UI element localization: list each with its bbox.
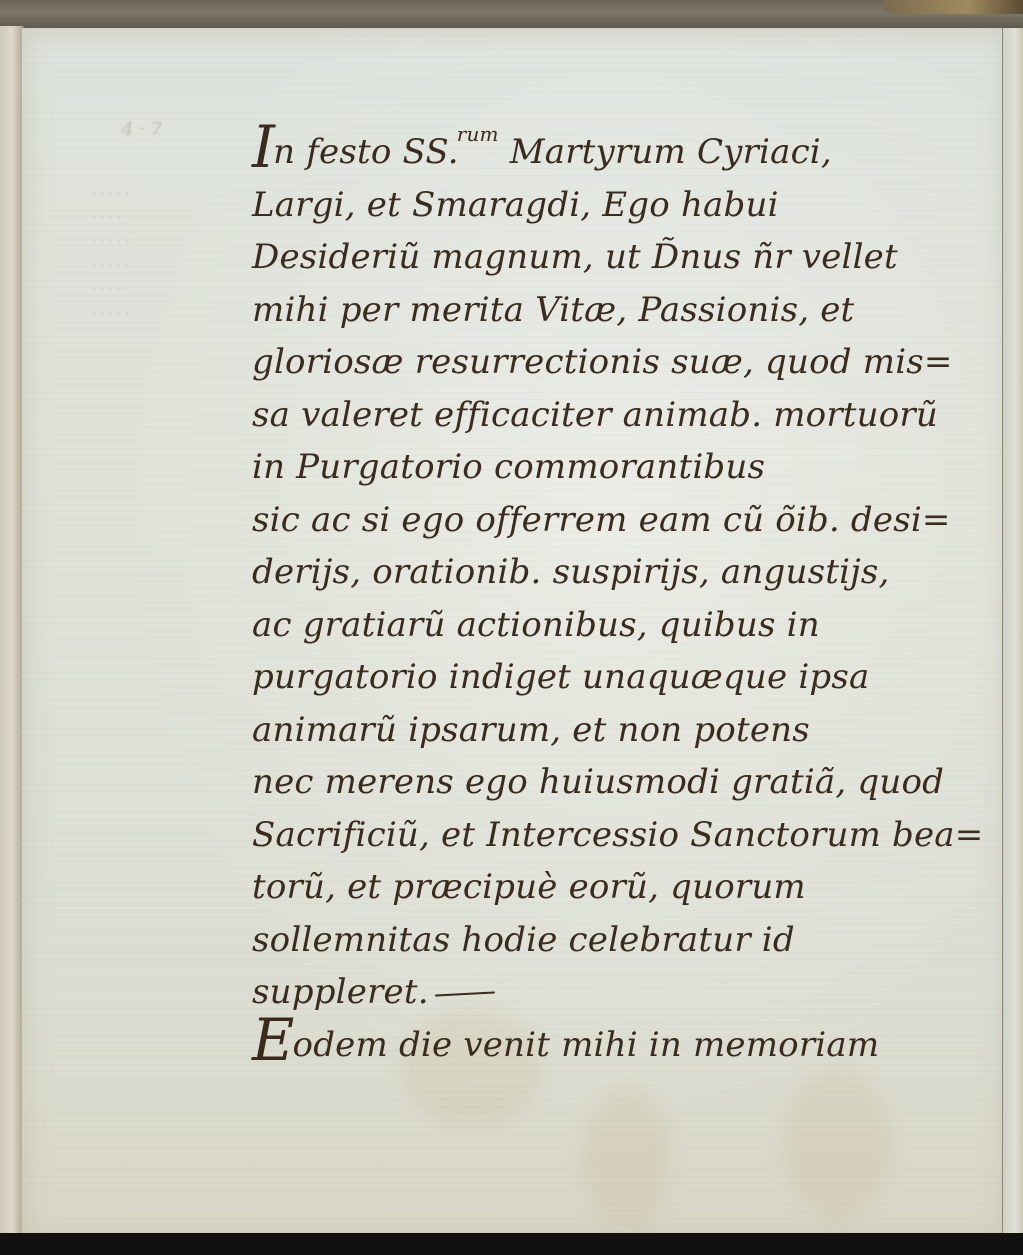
paper-stain xyxy=(582,1088,672,1228)
bottom-shadow xyxy=(0,1233,1023,1255)
line-text: Martyrum Cyriaci, xyxy=(499,132,832,172)
text-line-9: derijs, orationib. suspirijs, angustijs, xyxy=(252,546,912,599)
fore-edge-leaves xyxy=(1002,28,1023,1240)
decorated-initial: E xyxy=(252,1006,295,1074)
text-line-3: Desideriũ magnum, ut D̃nus ñr vellet xyxy=(252,231,912,284)
ghost-line: · · · · · xyxy=(92,182,242,206)
ghost-line: · · · · · xyxy=(92,302,242,326)
text-line-4: mihi per merita Vitæ, Passionis, et xyxy=(252,284,912,337)
decorated-initial: I xyxy=(252,113,275,181)
text-line-14: Sacrificiũ, et Intercessio Sanctorum be… xyxy=(252,809,912,862)
binding-clasp xyxy=(883,0,1023,14)
text-line-16: sollemnitas hodie celebratur id xyxy=(252,914,912,967)
ghost-line: · · · · xyxy=(92,278,242,302)
ghost-line: · · · · · xyxy=(92,254,242,278)
line-text: odem die venit mihi in memoriam xyxy=(293,1025,880,1065)
text-line-1: In festo SS.rum Martyrum Cyriaci, xyxy=(252,108,912,179)
superscript-abbreviation: rum xyxy=(457,122,499,146)
book-binding-top xyxy=(0,0,1023,28)
ghost-page-number: 4 · 7 xyxy=(122,118,242,142)
text-line-15: torũ, et præcipuè eorũ, quorum xyxy=(252,861,912,914)
line-text: n festo SS. xyxy=(273,132,459,172)
paper-stain xyxy=(782,1068,892,1218)
text-line-18: Eodem die venit mihi in memoriam xyxy=(252,1019,912,1072)
text-line-11: purgatorio indiget unaquæque ipsa xyxy=(252,651,912,704)
text-line-2: Largi, et Smaragdi, Ego habui xyxy=(252,179,912,232)
manuscript-text: In festo SS.rum Martyrum Cyriaci, Largi,… xyxy=(252,108,912,1071)
text-line-10: ac gratiarũ actionibus, quibus in xyxy=(252,599,912,652)
ghost-line: · · · · xyxy=(92,206,242,230)
ghost-line: · · · · · xyxy=(92,230,242,254)
text-line-6: sa valeret efficaciter animab. mortuorũ xyxy=(252,389,912,442)
text-line-7: in Purgatorio commorantibus xyxy=(252,441,912,494)
text-line-17: suppleret. xyxy=(252,966,912,1019)
text-line-12: animarũ ipsarum, et non potens xyxy=(252,704,912,757)
line-end-flourish xyxy=(435,991,495,996)
text-line-13: nec merens ego huiusmodi gratiã, quod xyxy=(252,756,912,809)
text-line-8: sic ac si ego offerrem eam cũ õib. des… xyxy=(252,494,912,547)
manuscript-photo: 4 · 7 · · · · · · · · · · · · · · · · · … xyxy=(0,0,1023,1255)
bleed-through-text: 4 · 7 · · · · · · · · · · · · · · · · · … xyxy=(92,118,242,326)
previous-leaf-edge xyxy=(0,26,24,1238)
text-line-5: gloriosæ resurrectionis suæ, quod mis= xyxy=(252,336,912,389)
